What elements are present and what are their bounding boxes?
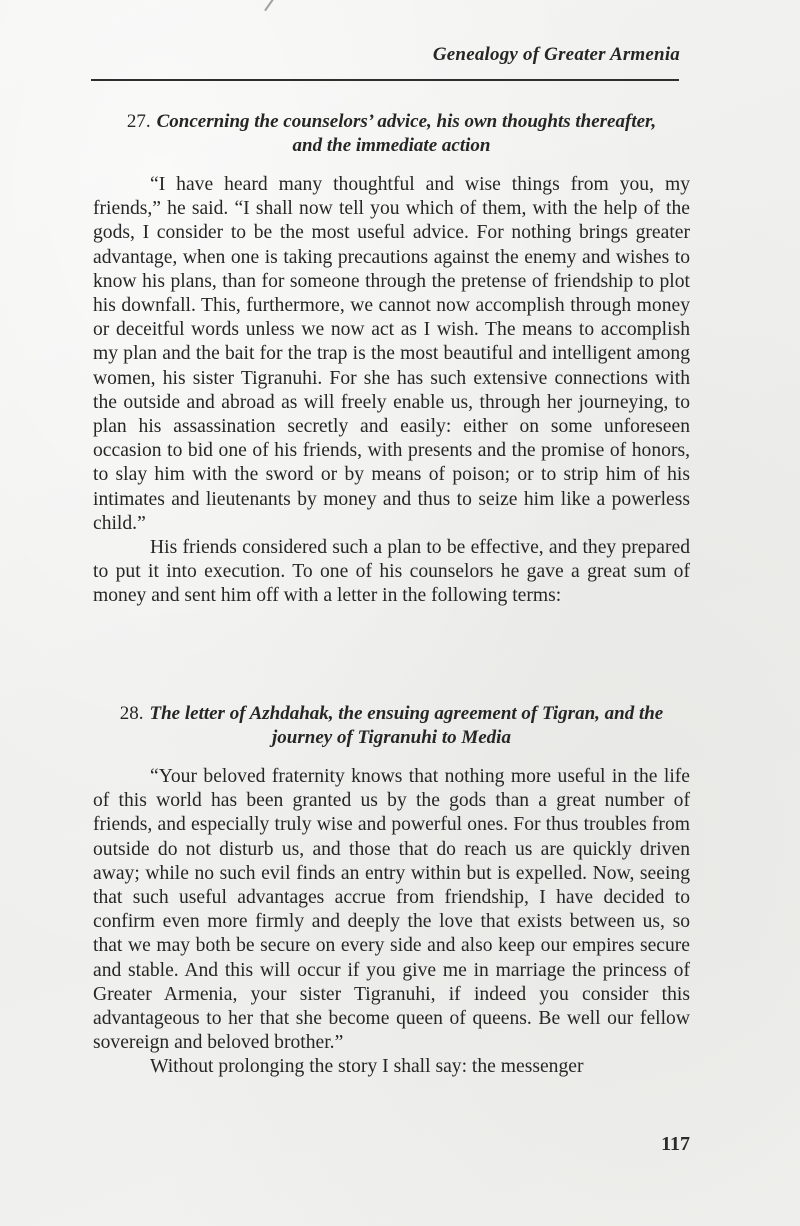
section-number: 27. xyxy=(127,111,151,132)
section-27: 27.Concerning the counselors’ advice, hi… xyxy=(93,110,690,609)
paragraph: “I have heard many thoughtful and wise t… xyxy=(93,173,690,536)
section-title: The letter of Azhdahak, the ensuing agre… xyxy=(150,703,664,748)
section-28: 28.The letter of Azhdahak, the ensuing a… xyxy=(93,702,690,1080)
section-heading: 27.Concerning the counselors’ advice, hi… xyxy=(93,110,690,158)
running-head: Genealogy of Greater Armenia xyxy=(91,44,680,66)
paragraph: “Your beloved fraternity knows that noth… xyxy=(93,765,690,1055)
page-number: 117 xyxy=(600,1133,690,1156)
section-title: Concerning the counselors’ advice, his o… xyxy=(157,111,657,156)
stray-pen-mark xyxy=(264,0,274,11)
paragraph: His friends considered such a plan to be… xyxy=(93,536,690,609)
header-rule xyxy=(91,79,679,81)
paragraph: Without prolonging the story I shall say… xyxy=(93,1055,690,1079)
section-number: 28. xyxy=(120,703,144,724)
section-heading: 28.The letter of Azhdahak, the ensuing a… xyxy=(93,702,690,750)
